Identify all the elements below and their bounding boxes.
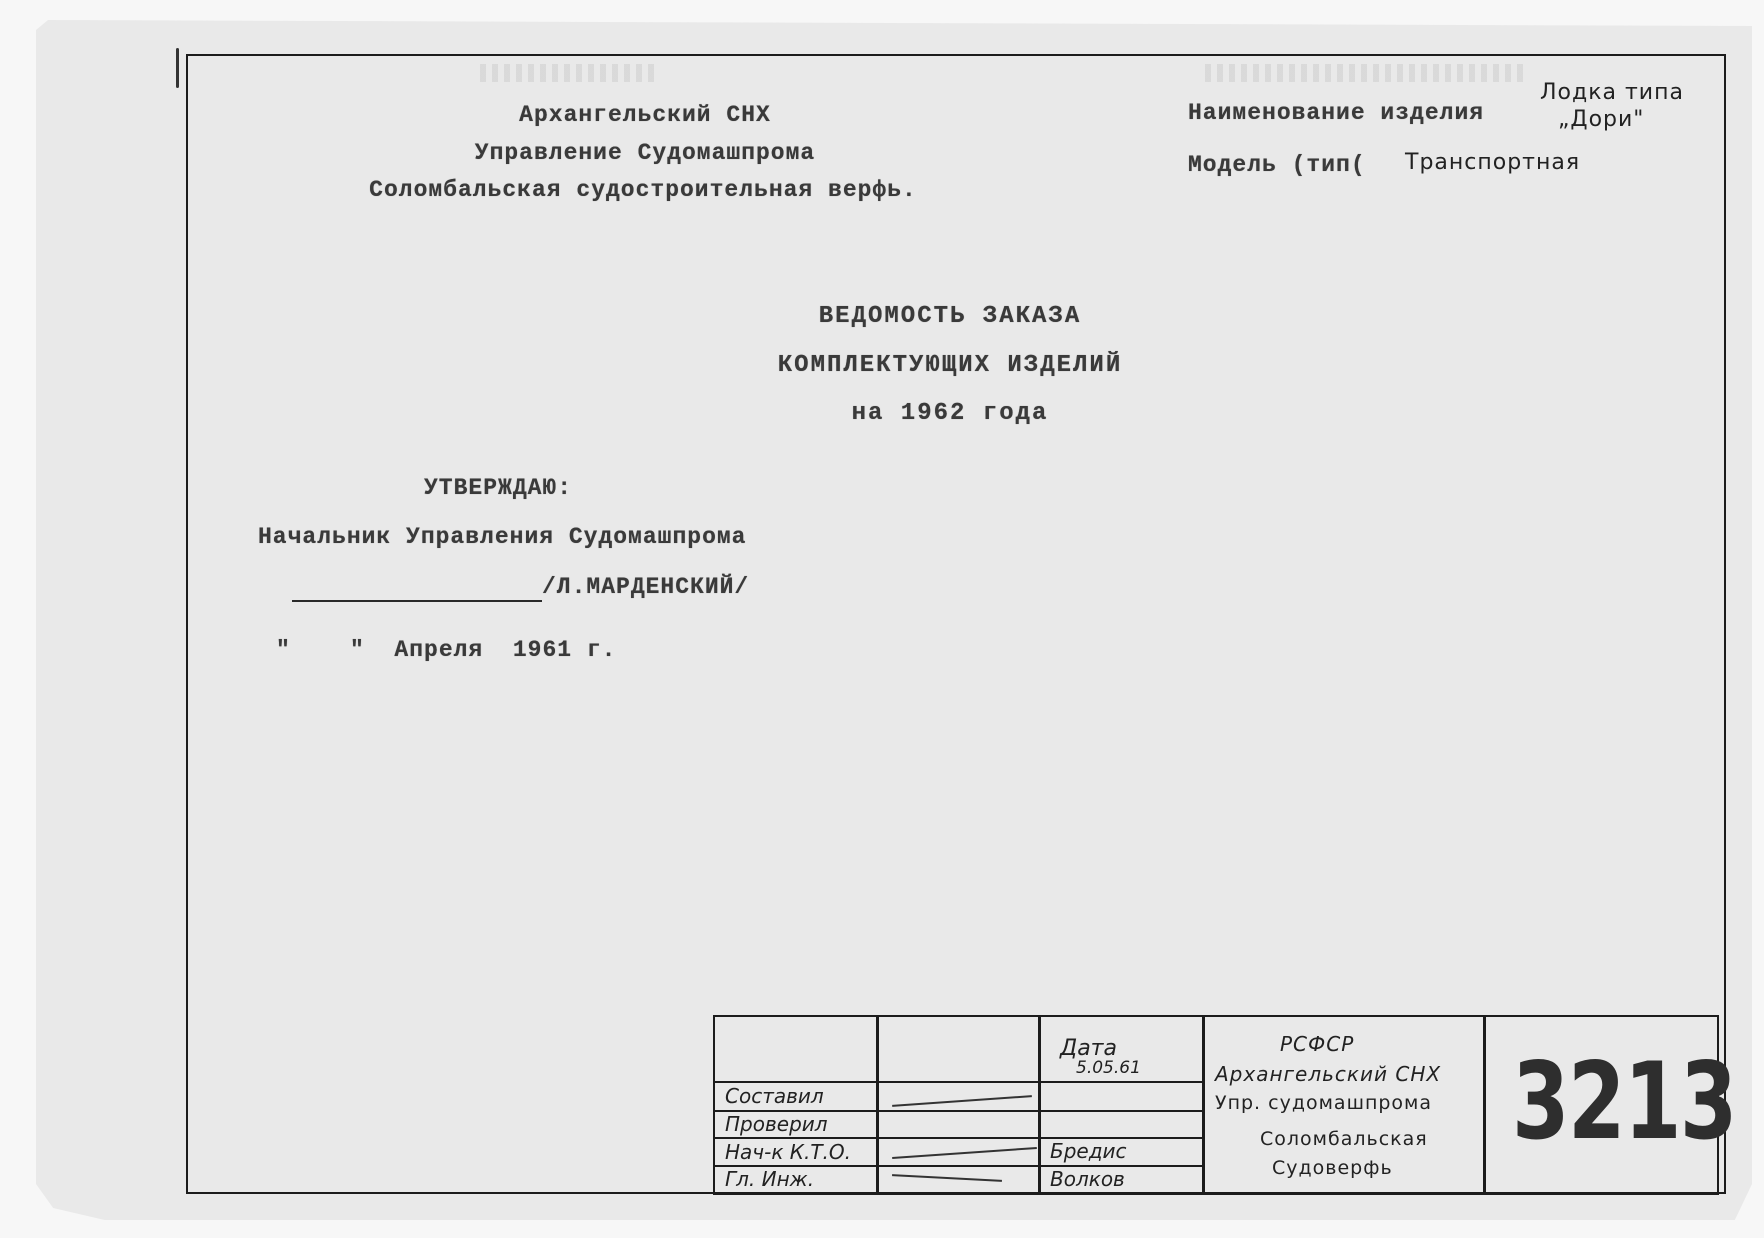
signature-line: [292, 600, 542, 602]
title-line-2: КОМПЛЕКТУЮЩИХ ИЗДЕЛИЙ: [700, 352, 1200, 379]
org-block-line-5: Судоверфь: [1272, 1157, 1393, 1179]
product-value-line-1: Лодка типа: [1540, 80, 1684, 105]
binding-mark: [176, 48, 179, 88]
role-checked: Проверил: [725, 1112, 828, 1136]
bleed-through-text: [480, 64, 660, 82]
date-value: 5.05.61: [1076, 1058, 1141, 1078]
product-label: Наименование изделия: [1188, 100, 1484, 126]
approver-position: Начальник Управления Судомашпрома: [258, 524, 746, 550]
approval-date: " " Апреля 1961 г.: [276, 637, 616, 663]
role-compiled: Составил: [725, 1084, 824, 1108]
role-chief-engineer: Гл. Инж.: [725, 1167, 814, 1191]
approver-name: /Л.МАРДЕНСКИЙ/: [542, 574, 749, 600]
org-block-line-1: РСФСР: [1280, 1032, 1354, 1056]
title-line-3: на 1962 года: [700, 400, 1200, 427]
product-value-line-2: „Дори": [1558, 107, 1644, 132]
name-head-kto: Бредис: [1050, 1139, 1127, 1163]
org-line-1: Архангельский СНХ: [330, 102, 960, 128]
document-number: 3213: [1512, 1040, 1736, 1163]
grid-line: [715, 1137, 1203, 1139]
approval-heading: УТВЕРЖДАЮ:: [424, 475, 572, 501]
role-head-kto: Нач-к К.Т.О.: [725, 1140, 851, 1164]
grid-line: [1483, 1017, 1486, 1193]
bleed-through-text: [1205, 64, 1525, 82]
model-value: Транспортная: [1405, 150, 1580, 175]
model-label: Модель (тип(: [1188, 152, 1366, 178]
org-line-3: Соломбальская судостроительная верфь.: [318, 177, 968, 203]
org-line-2: Управление Судомашпрома: [330, 140, 960, 166]
org-block-line-2: Архангельский СНХ: [1215, 1062, 1441, 1086]
org-block-line-3: Упр. судомашпрома: [1215, 1092, 1432, 1114]
name-chief-engineer: Волков: [1050, 1167, 1125, 1191]
org-block-line-4: Соломбальская: [1260, 1128, 1428, 1150]
title-line-1: ВЕДОМОСТЬ ЗАКАЗА: [700, 303, 1200, 330]
grid-line: [715, 1081, 1203, 1083]
